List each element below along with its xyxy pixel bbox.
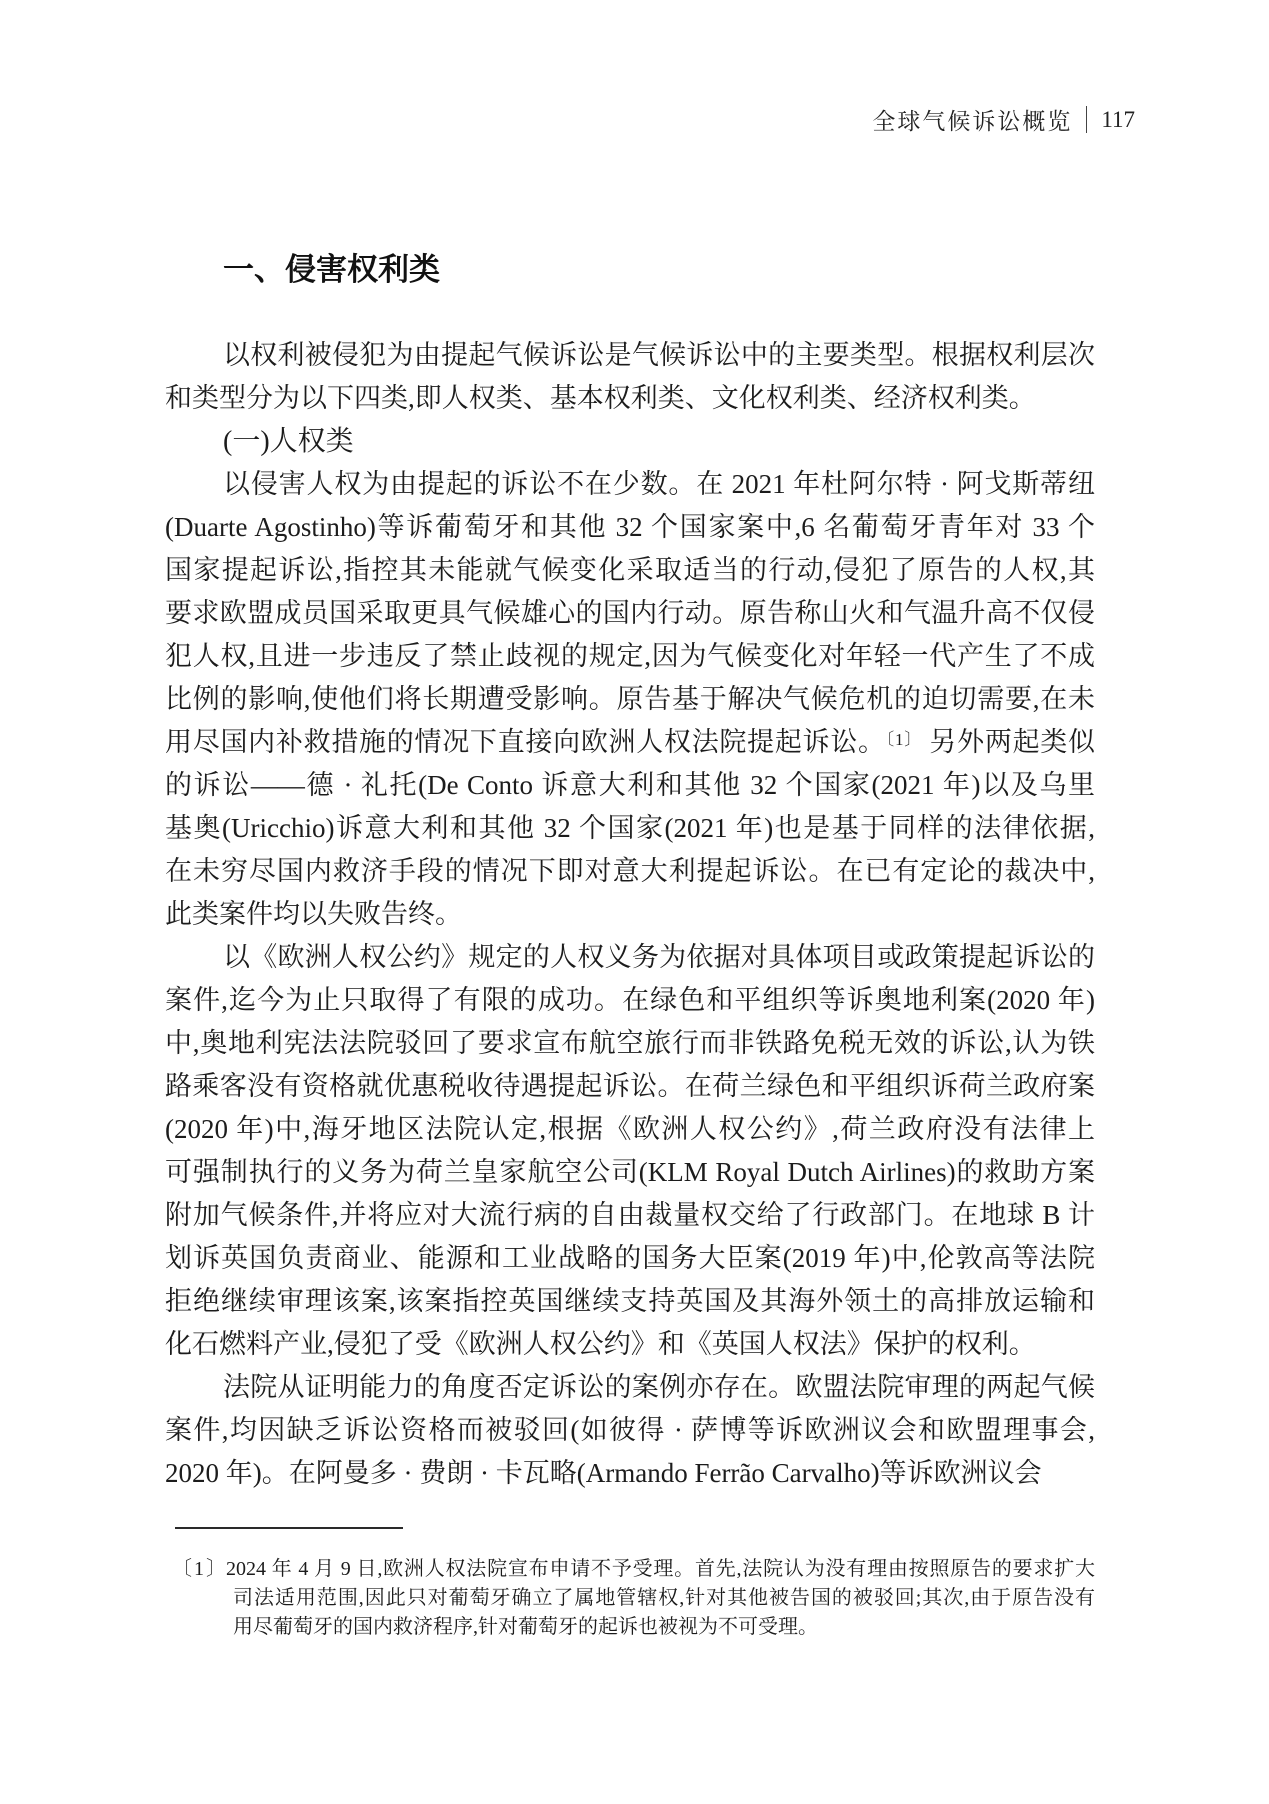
footnote-line: 司法适用范围,因此只对葡萄牙确立了属地管辖权,针对其他被告国的被驳回;其次,由于… [165,1584,1095,1613]
subsection-heading: (一)人权类 [165,420,1095,463]
footnote-marker: 〔1〕 [165,1555,226,1584]
paragraph-intro: 以权利被侵犯为由提起气候诉讼是气候诉讼中的主要类型。根据权利层次和类型分为以下四… [165,334,1095,420]
text-line: 附加气候条件,并将应对大流行病的自由裁量权交给了行政部门。在地球 B 计 [165,1194,1095,1237]
text-line: 案件,均因缺乏诉讼资格而被驳回(如彼得 · 萨博等诉欧洲议会和欧盟理事会, [165,1409,1095,1452]
footnote-text: 2024 年 4 月 9 日,欧洲人权法院宣布申请不予受理。首先,法院认为没有理… [226,1555,1095,1584]
page-content: 一、侵害权利类 以权利被侵犯为由提起气候诉讼是气候诉讼中的主要类型。根据权利层次… [165,252,1095,1642]
text-line: 拒绝继续审理该案,该案指控英国继续支持英国及其海外领土的高排放运输和 [165,1280,1095,1323]
text-line: 此类案件均以失败告终。 [165,893,1095,936]
running-head-divider [1086,106,1087,133]
text-line: 在未穷尽国内救济手段的情况下即对意大利提起诉讼。在已有定论的裁决中, [165,850,1095,893]
running-head: 全球气候诉讼概览 117 [872,103,1135,136]
text-line: 化石燃料产业,侵犯了受《欧洲人权公约》和《英国人权法》保护的权利。 [165,1323,1095,1366]
footnote-separator [175,1527,403,1529]
text-line: 的诉讼——德 · 礼托(De Conto 诉意大利和其他 32 个国家(2021… [165,764,1095,807]
text-line: 法院从证明能力的角度否定诉讼的案例亦存在。欧盟法院审理的两起气候 [165,1366,1095,1409]
text-line: 国家提起诉讼,指控其未能就气候变化采取适当的行动,侵犯了原告的人权,其 [165,549,1095,592]
text-line: (2020 年)中,海牙地区法院认定,根据《欧洲人权公约》,荷兰政府没有法律上 [165,1108,1095,1151]
paragraph-human-rights-cases: 以侵害人权为由提起的诉讼不在少数。在 2021 年杜阿尔特 · 阿戈斯蒂纽(Du… [165,463,1095,936]
text-line: 比例的影响,使他们将长期遭受影响。原告基于解决气候危机的迫切需要,在未 [165,678,1095,721]
section-heading: 一、侵害权利类 [165,252,1095,288]
text-line: 以《欧洲人权公约》规定的人权义务为依据对具体项目或政策提起诉讼的 [165,936,1095,979]
footnote-ref-marker: 〔1〕 [886,730,922,749]
running-head-title: 全球气候诉讼概览 [872,103,1072,136]
text-line: 以权利被侵犯为由提起气候诉讼是气候诉讼中的主要类型。根据权利层次 [165,334,1095,377]
page-number: 117 [1101,107,1135,133]
footnote-line: 用尽葡萄牙的国内救济程序,针对葡萄牙的起诉也被视为不可受理。 [165,1613,1095,1642]
paragraph-standing-cases: 法院从证明能力的角度否定诉讼的案例亦存在。欧盟法院审理的两起气候案件,均因缺乏诉… [165,1366,1095,1495]
document-page: 全球气候诉讼概览 117 一、侵害权利类 以权利被侵犯为由提起气候诉讼是气候诉讼… [0,0,1269,1804]
text-line: 要求欧盟成员国采取更具气候雄心的国内行动。原告称山火和气温升高不仅侵 [165,592,1095,635]
text-line: (Duarte Agostinho)等诉葡萄牙和其他 32 个国家案中,6 名葡… [165,506,1095,549]
text-line: 路乘客没有资格就优惠税收待遇提起诉讼。在荷兰绿色和平组织诉荷兰政府案 [165,1065,1095,1108]
text-line: 划诉英国负责商业、能源和工业战略的国务大臣案(2019 年)中,伦敦高等法院 [165,1237,1095,1280]
footnote: 〔1〕 2024 年 4 月 9 日,欧洲人权法院宣布申请不予受理。首先,法院认… [165,1555,1095,1642]
text-line: 以侵害人权为由提起的诉讼不在少数。在 2021 年杜阿尔特 · 阿戈斯蒂纽 [165,463,1095,506]
footnote-line: 〔1〕 2024 年 4 月 9 日,欧洲人权法院宣布申请不予受理。首先,法院认… [165,1555,1095,1584]
text-line: 可强制执行的义务为荷兰皇家航空公司(KLM Royal Dutch Airlin… [165,1151,1095,1194]
text-line: 2020 年)。在阿曼多 · 费朗 · 卡瓦略(Armando Ferrão C… [165,1452,1095,1495]
paragraph-echr-cases: 以《欧洲人权公约》规定的人权义务为依据对具体项目或政策提起诉讼的案件,迄今为止只… [165,936,1095,1366]
text-line: 和类型分为以下四类,即人权类、基本权利类、文化权利类、经济权利类。 [165,377,1095,420]
text-line: 案件,迄今为止只取得了有限的成功。在绿色和平组织等诉奥地利案(2020 年) [165,979,1095,1022]
text-line: 犯人权,且进一步违反了禁止歧视的规定,因为气候变化对年轻一代产生了不成 [165,635,1095,678]
text-line: 用尽国内补救措施的情况下直接向欧洲人权法院提起诉讼。〔1〕 另外两起类似 [165,721,1095,764]
text-line: 中,奥地利宪法法院驳回了要求宣布航空旅行而非铁路免税无效的诉讼,认为铁 [165,1022,1095,1065]
text-line: 基奥(Uricchio)诉意大利和其他 32 个国家(2021 年)也是基于同样… [165,807,1095,850]
